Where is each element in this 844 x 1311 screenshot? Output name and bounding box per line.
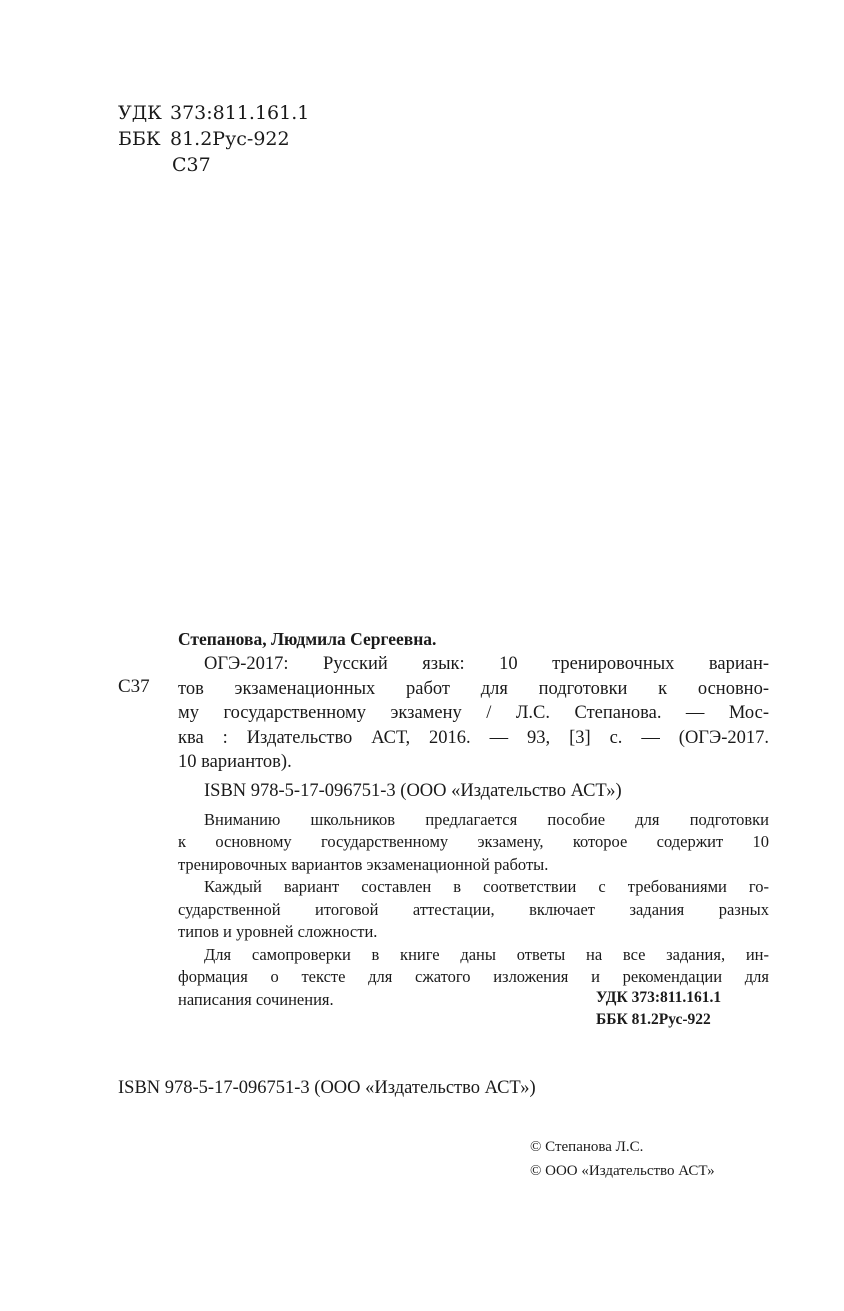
author-sign: С37 <box>118 152 309 178</box>
catalog-card: Степанова, Людмила Сергеевна. ОГЭ-2017: … <box>178 626 769 1011</box>
bib-line: тов экзаменационных работ для подготовки… <box>178 677 769 702</box>
annotation-line: типов и уровней сложности. <box>178 921 769 944</box>
author-name: Степанова, Людмила Сергеевна. <box>178 626 769 652</box>
annotation-line: Для самопроверки в книге даны ответы на … <box>178 944 769 967</box>
annotation-line: к основному государственному экзамену, к… <box>178 831 769 854</box>
bbk-label: ББК <box>118 126 170 152</box>
bbk-value: 81.2Рус-922 <box>170 126 290 152</box>
annotation-line: Вниманию школьников предлагается пособие… <box>178 809 769 832</box>
bib-line: ква : Издательство АСТ, 2016. — 93, [3] … <box>178 726 769 751</box>
card-isbn: ISBN 978-5-17-096751-3 (ООО «Издательств… <box>178 777 769 805</box>
card-udk: УДК 373:811.161.1 <box>596 987 721 1009</box>
udk-row: УДК 373:811.161.1 <box>118 100 309 126</box>
card-author-sign: С37 <box>118 676 150 698</box>
copyright-publisher: © ООО «Издательство АСТ» <box>530 1159 715 1183</box>
annotation-line: Каждый вариант составлен в соответствии … <box>178 876 769 899</box>
annotation: Вниманию школьников предлагается пособие… <box>178 809 769 1012</box>
bbk-row: ББК 81.2Рус-922 <box>118 126 309 152</box>
card-classification-codes: УДК 373:811.161.1 ББК 81.2Рус-922 <box>596 987 721 1031</box>
copyright-block: © Степанова Л.С. © ООО «Издательство АСТ… <box>530 1135 715 1183</box>
isbn-main: ISBN 978-5-17-096751-3 (ООО «Издательств… <box>118 1078 536 1099</box>
annotation-paragraph: Вниманию школьников предлагается пособие… <box>178 809 769 877</box>
annotation-line: формация о тексте для сжатого изложения … <box>178 966 769 989</box>
bib-line: 10 вариантов). <box>178 750 769 775</box>
annotation-paragraph: Каждый вариант составлен в соответствии … <box>178 876 769 944</box>
udk-value: 373:811.161.1 <box>170 100 309 126</box>
card-bbk: ББК 81.2Рус-922 <box>596 1009 721 1031</box>
bibliographic-description: ОГЭ-2017: Русский язык: 10 тренировочных… <box>178 652 769 775</box>
annotation-line: тренировочных вариантов экзаменационной … <box>178 854 769 877</box>
top-classification-codes: УДК 373:811.161.1 ББК 81.2Рус-922 С37 <box>118 100 309 178</box>
copyright-author: © Степанова Л.С. <box>530 1135 715 1159</box>
bib-line: ОГЭ-2017: Русский язык: 10 тренировочных… <box>178 652 769 677</box>
bib-line: му государственному экзамену / Л.С. Степ… <box>178 701 769 726</box>
annotation-line: сударственной итоговой аттестации, включ… <box>178 899 769 922</box>
udk-label: УДК <box>118 100 170 126</box>
